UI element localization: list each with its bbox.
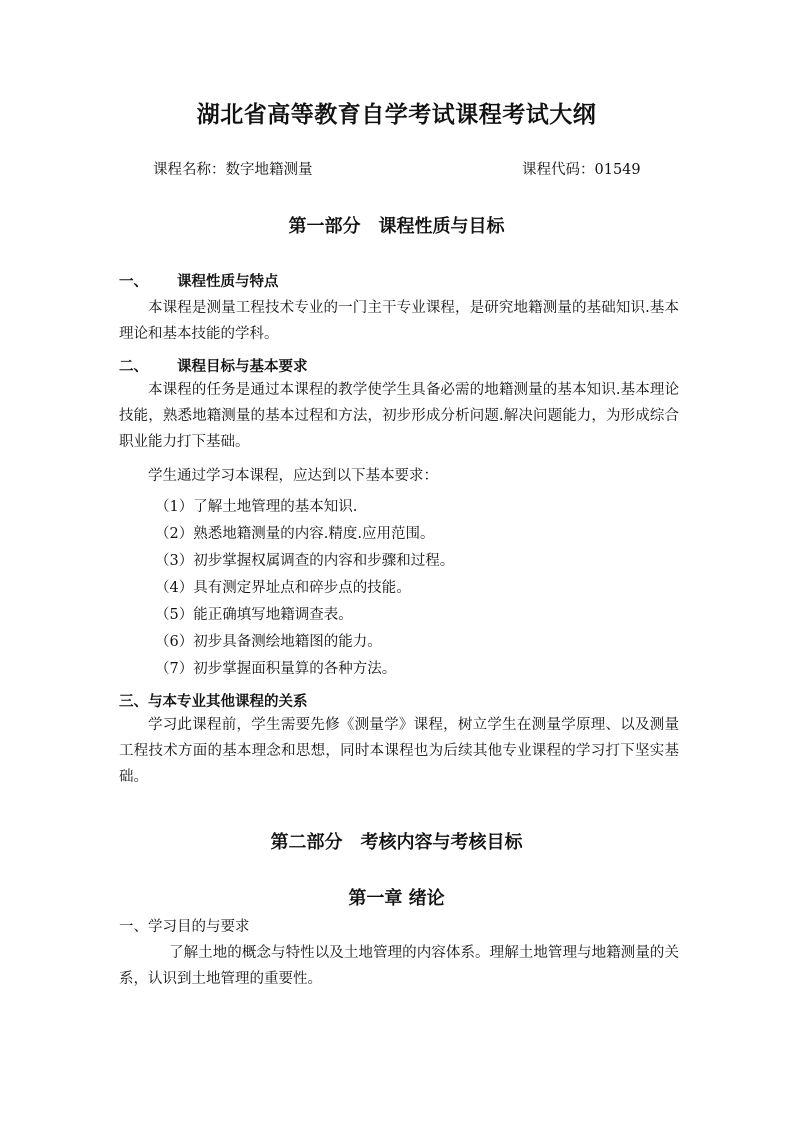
course-name: 课程名称：数字地籍测量 [153, 158, 313, 179]
chapter1-heading: 第一章 绪论 [0, 884, 793, 910]
section-2-paragraph: 本课程的任务是通过本课程的教学使学生具备必需的地籍测量的基本知识.基本理论技能，… [119, 377, 679, 455]
section-1-number: 一、 [119, 270, 177, 291]
section-1-heading: 一、课程性质与特点 [119, 270, 279, 291]
requirement-item: （1）了解土地管理的基本知识. [155, 495, 357, 516]
requirement-item: （2）熟悉地籍测量的内容.精度.应用范围。 [155, 522, 434, 543]
requirement-item: （5）能正确填写地籍调查表。 [155, 603, 353, 624]
part1-heading: 第一部分 课程性质与目标 [0, 212, 793, 238]
section-2-number: 二、 [119, 355, 177, 376]
section-2-title: 课程目标与基本要求 [177, 359, 308, 375]
requirement-item: （7）初步掌握面积量算的各种方法。 [155, 657, 396, 678]
requirement-item: （6）初步具备测绘地籍图的能力。 [155, 630, 382, 651]
requirement-item: （4）具有测定界址点和碎步点的技能。 [155, 576, 411, 597]
section-3-paragraph: 学习此课程前，学生需要先修《测量学》课程，树立学生在测量学原理、以及测量工程技术… [119, 712, 679, 790]
document-title: 湖北省高等教育自学考试课程考试大纲 [0, 96, 793, 129]
section-2-heading: 二、课程目标与基本要求 [119, 355, 308, 376]
section-2-intro: 学生通过学习本课程，应达到以下基本要求： [119, 463, 679, 489]
section-1-title: 课程性质与特点 [177, 274, 279, 290]
part2-heading: 第二部分 考核内容与考核目标 [0, 828, 793, 854]
chapter1-subsection: 一、学习目的与要求 [119, 915, 250, 936]
section-3-heading: 三、与本专业其他课程的关系 [119, 690, 308, 711]
chapter1-paragraph: 了解土地的概念与特性以及土地管理的内容体系。理解土地管理与地籍测量的关系，认识到… [119, 940, 679, 992]
course-code: 课程代码：01549 [522, 158, 641, 179]
section-1-paragraph: 本课程是测量工程技术专业的一门主干专业课程，是研究地籍测量的基础知识.基本理论和… [119, 295, 679, 347]
requirement-item: （3）初步掌握权属调查的内容和步骤和过程。 [155, 549, 454, 570]
